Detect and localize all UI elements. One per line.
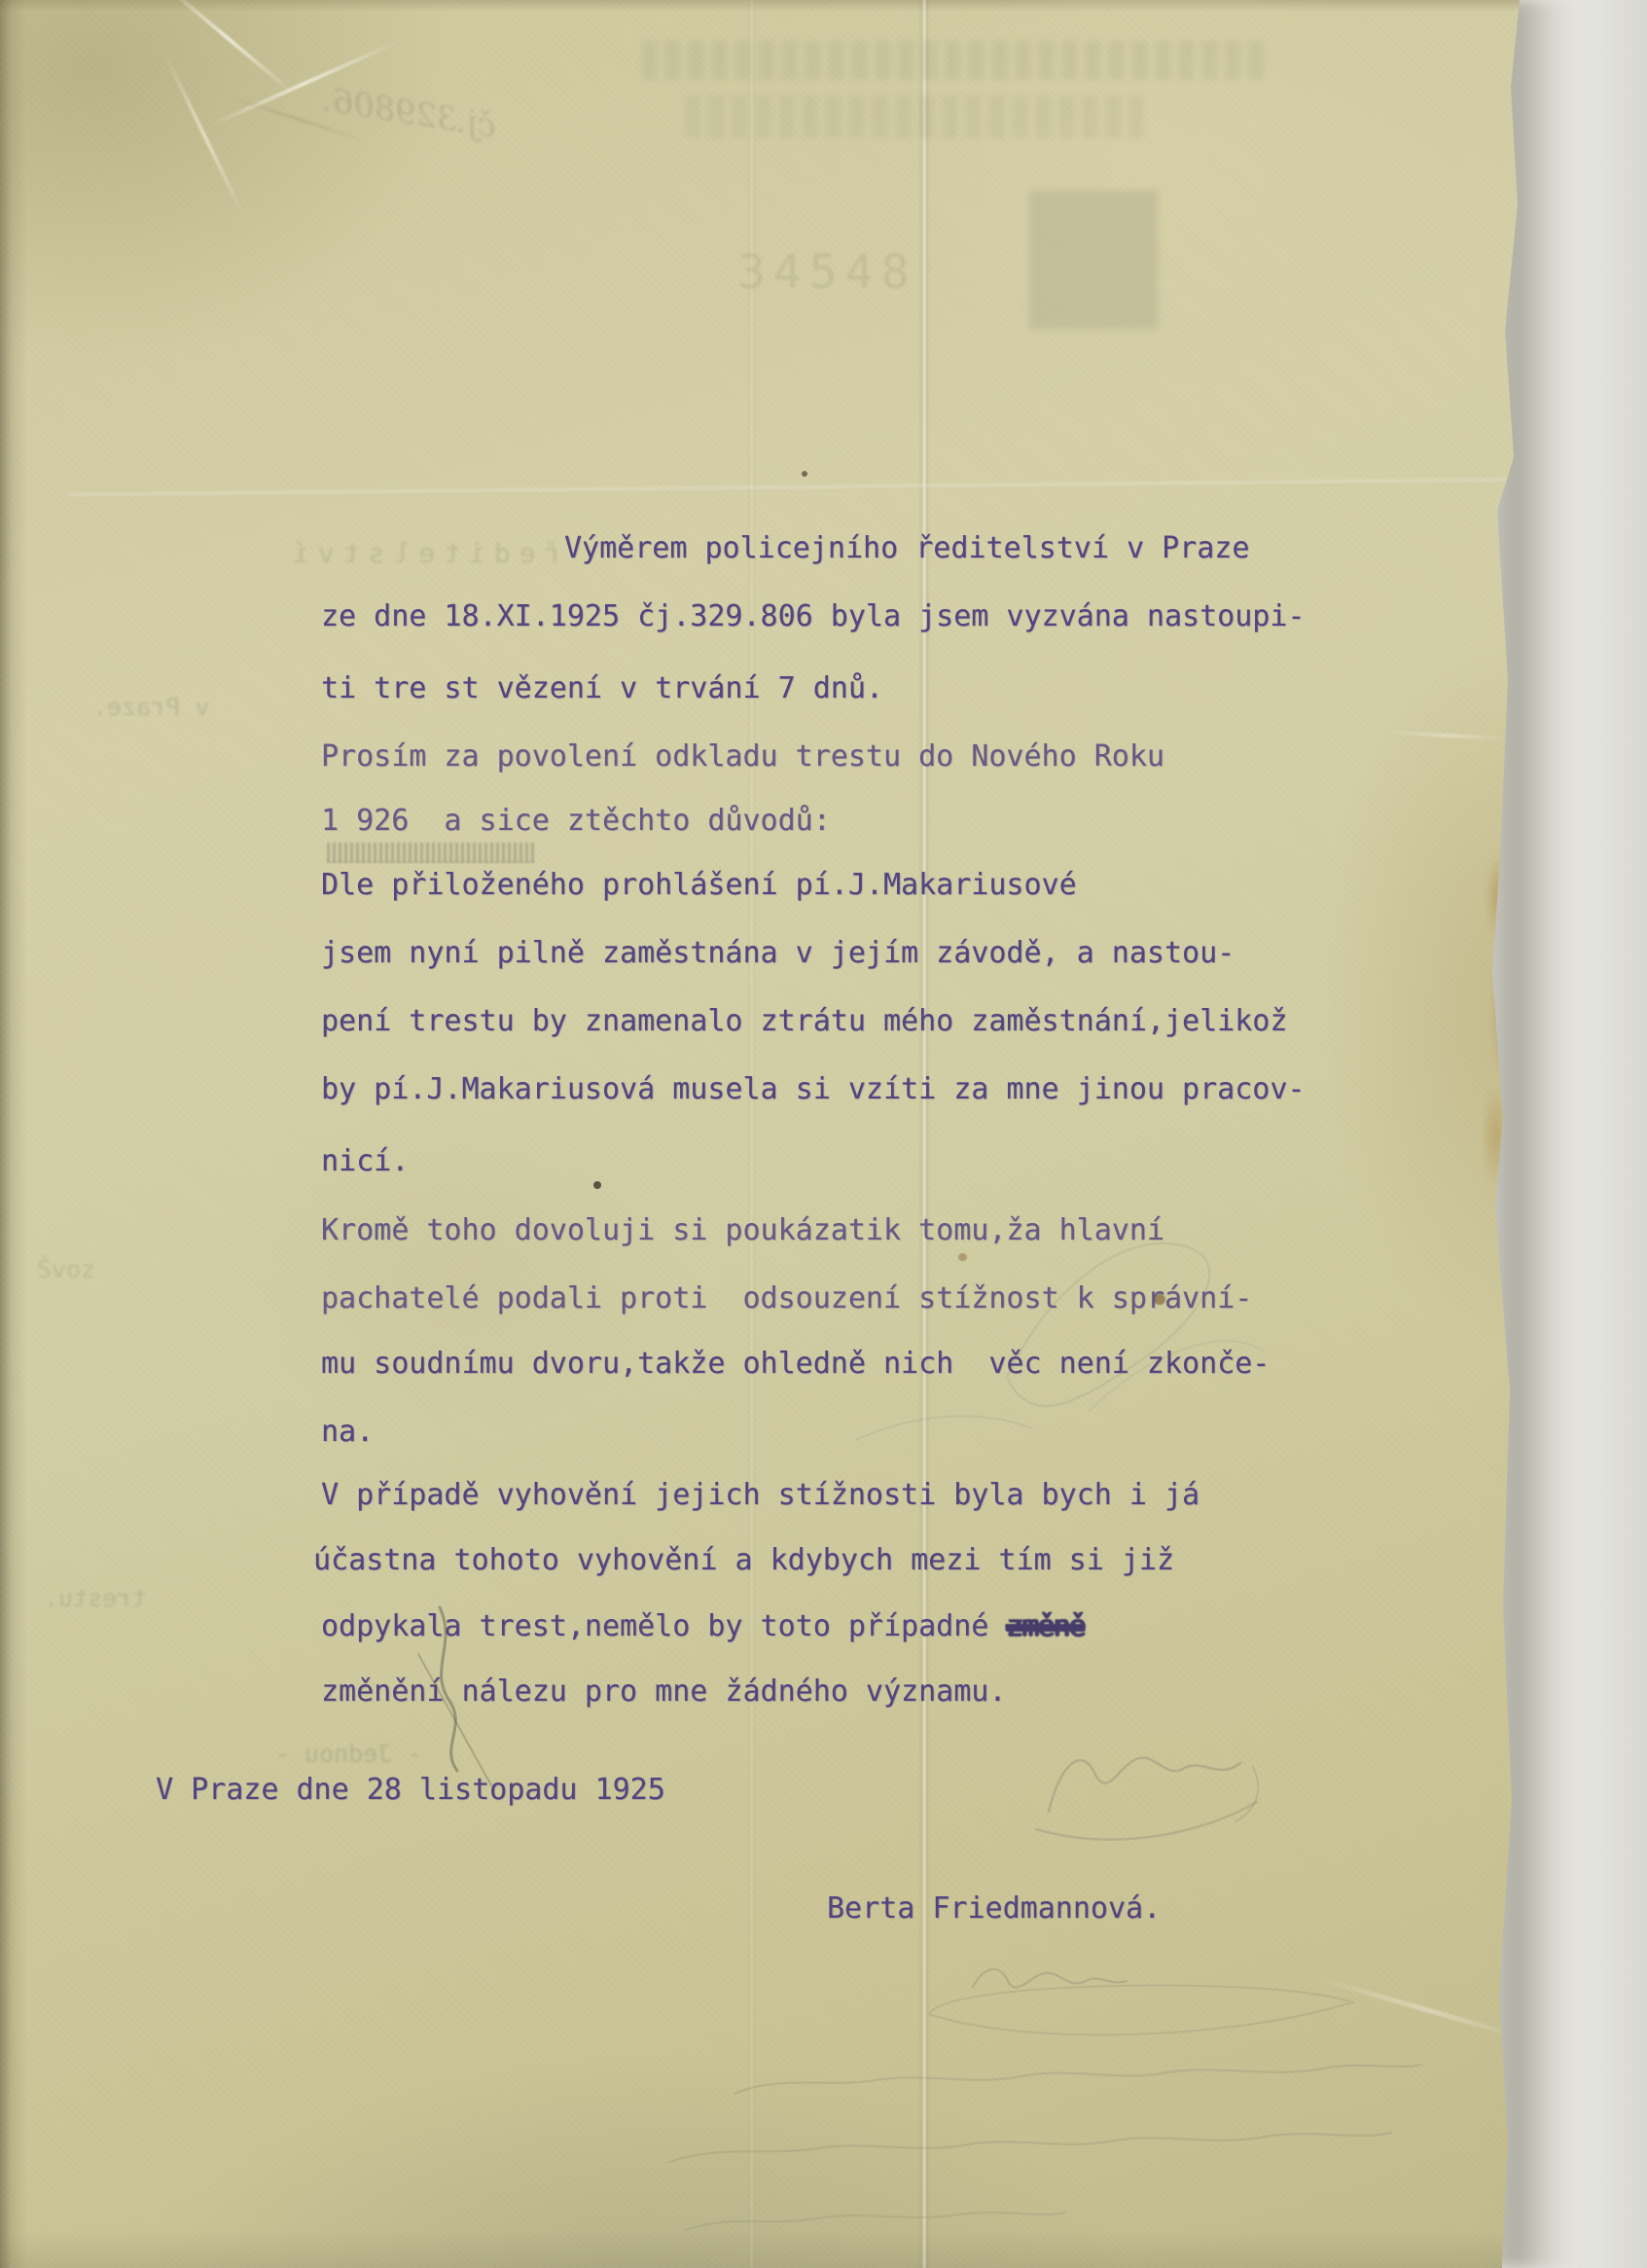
paper-sheet: ředitelstvíčj.329806.34548v Praze.Švoztr… — [0, 0, 1523, 2268]
pencil-note-line — [669, 2133, 1391, 2162]
pencil-loop — [1007, 1243, 1209, 1406]
pencil-underline — [1036, 1802, 1257, 1840]
pencil-tail — [1235, 1767, 1258, 1821]
pencil-initials — [973, 1969, 1127, 1988]
pencil-note-line — [686, 2213, 1065, 2230]
pencil-annotations — [0, 0, 1523, 2268]
pencil-word-kopie — [1049, 1758, 1240, 1812]
pencil-note-line — [734, 2065, 1420, 2094]
scanned-document-page: ředitelstvíčj.329806.34548v Praze.Švoztr… — [0, 0, 1647, 2268]
pencil-loop — [856, 1417, 1031, 1441]
pencil-scribble — [440, 1607, 457, 1771]
pencil-oval-flourish — [929, 1986, 1352, 2035]
